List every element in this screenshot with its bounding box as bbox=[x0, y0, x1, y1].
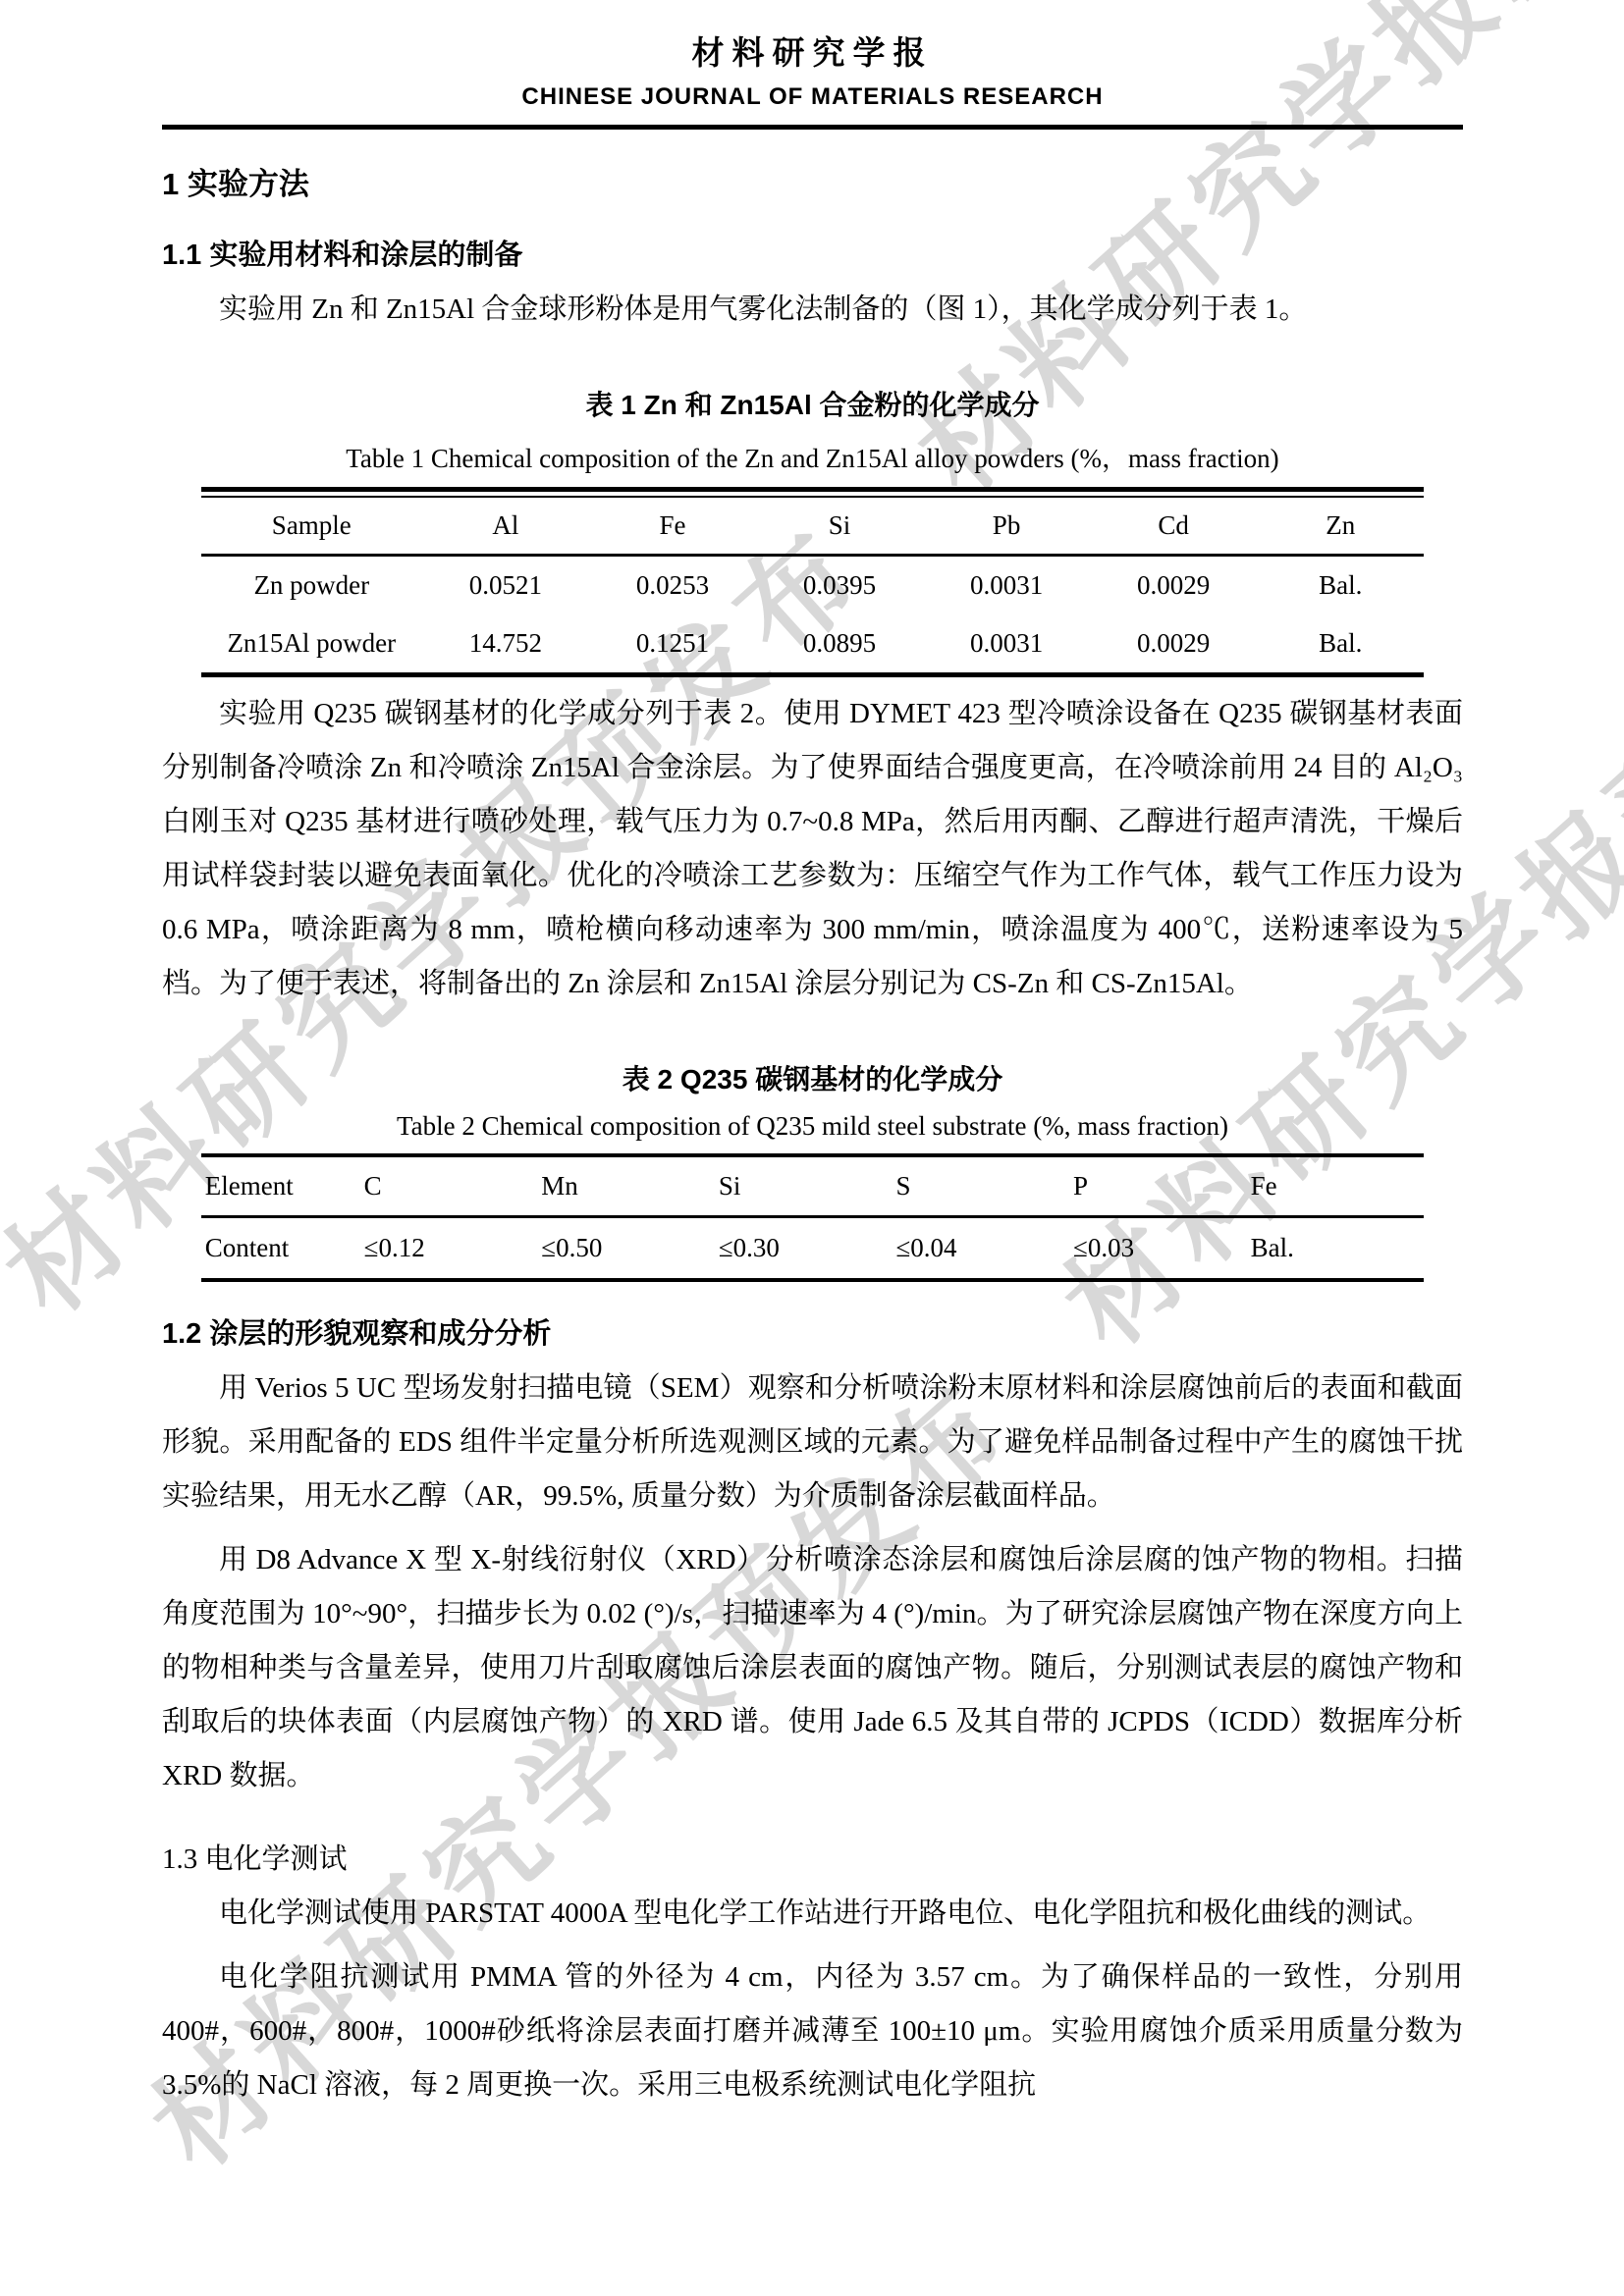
table1-header-cd: Cd bbox=[1090, 497, 1257, 556]
table-cell: ≤0.03 bbox=[1069, 1217, 1247, 1281]
table-cell: Bal. bbox=[1257, 614, 1424, 675]
page-content: 材料研究学报 CHINESE JOURNAL OF MATERIALS RESE… bbox=[0, 0, 1624, 2112]
table2-header-s: S bbox=[892, 1155, 1069, 1217]
table2-caption-english: Table 2 Chemical composition of Q235 mil… bbox=[162, 1111, 1463, 1142]
paragraph-electrochemical-station: 电化学测试使用 PARSTAT 4000A 型电化学工作站进行开路电位、电化学阻… bbox=[162, 1887, 1463, 1941]
header-rule bbox=[162, 125, 1463, 130]
table1-header-si: Si bbox=[756, 497, 923, 556]
table-cell: 0.0895 bbox=[756, 614, 923, 675]
table2-substrate-composition: Element C Mn Si S P Fe Content ≤0.12 ≤0.… bbox=[201, 1153, 1425, 1282]
paragraph-eis-setup: 电化学阻抗测试用 PMMA 管的外径为 4 cm，内径为 3.57 cm。为了确… bbox=[162, 1950, 1463, 2112]
table1-header-al: Al bbox=[422, 497, 589, 556]
table-cell: ≤0.12 bbox=[360, 1217, 538, 1281]
table-cell: 0.0029 bbox=[1090, 614, 1257, 675]
table-cell: 0.0031 bbox=[923, 614, 1090, 675]
table-cell: Zn15Al powder bbox=[201, 614, 422, 675]
table-cell: 0.1251 bbox=[589, 614, 756, 675]
table2-header-element: Element bbox=[201, 1155, 360, 1217]
table-cell: ≤0.04 bbox=[892, 1217, 1069, 1281]
table1-wrapper: Sample Al Fe Si Pb Cd Zn Zn powder 0.052… bbox=[201, 487, 1425, 677]
table2-header-fe: Fe bbox=[1247, 1155, 1425, 1217]
table-cell: 0.0029 bbox=[1090, 556, 1257, 615]
paragraph-sem-eds: 用 Verios 5 UC 型场发射扫描电镜（SEM）观察和分析喷涂粉末原材料和… bbox=[162, 1362, 1463, 1523]
section-heading-1-2: 1.2 涂层的形貌观察和成分分析 bbox=[162, 1311, 1463, 1352]
table1-row-zn-powder: Zn powder 0.0521 0.0253 0.0395 0.0031 0.… bbox=[201, 556, 1425, 615]
table1-row-zn15al-powder: Zn15Al powder 14.752 0.1251 0.0895 0.003… bbox=[201, 614, 1425, 675]
table2-header-c: C bbox=[360, 1155, 538, 1217]
table2-header-si: Si bbox=[715, 1155, 893, 1217]
table1-header-zn: Zn bbox=[1257, 497, 1424, 556]
paragraph-powder-preparation: 实验用 Zn 和 Zn15Al 合金球形粉体是用气雾化法制备的（图 1），其化学… bbox=[162, 283, 1463, 337]
document-page: 材料研究学报预发布 材料研究学报预发布 材料研究学报预发布 材料研究学报预发布 … bbox=[0, 0, 1624, 2296]
table-cell: ≤0.30 bbox=[715, 1217, 893, 1281]
table-cell: 0.0253 bbox=[589, 556, 756, 615]
table2-header-mn: Mn bbox=[537, 1155, 715, 1217]
table-cell: Bal. bbox=[1257, 556, 1424, 615]
table2-header-row: Element C Mn Si S P Fe bbox=[201, 1155, 1425, 1217]
paragraph-cold-spray-process: 实验用 Q235 碳钢基材的化学成分列于表 2。使用 DYMET 423 型冷喷… bbox=[162, 687, 1463, 1011]
section-heading-1-1: 1.1 实验用材料和涂层的制备 bbox=[162, 233, 1463, 273]
table-cell: 0.0031 bbox=[923, 556, 1090, 615]
table-cell: 14.752 bbox=[422, 614, 589, 675]
table2-header-p: P bbox=[1069, 1155, 1247, 1217]
journal-title-chinese: 材料研究学报 bbox=[162, 27, 1463, 74]
table1-header-sample: Sample bbox=[201, 497, 422, 556]
table2-caption-chinese: 表 2 Q235 碳钢基材的化学成分 bbox=[162, 1058, 1463, 1097]
table-cell: 0.0521 bbox=[422, 556, 589, 615]
table-cell: Bal. bbox=[1247, 1217, 1425, 1281]
table1-header-fe: Fe bbox=[589, 497, 756, 556]
section-heading-1-3: 1.3 电化学测试 bbox=[162, 1837, 1463, 1877]
table1-header-row: Sample Al Fe Si Pb Cd Zn bbox=[201, 497, 1425, 556]
table1-header-pb: Pb bbox=[923, 497, 1090, 556]
journal-title-english: CHINESE JOURNAL OF MATERIALS RESEARCH bbox=[162, 83, 1463, 111]
table-cell: Zn powder bbox=[201, 556, 422, 615]
section-heading-1: 1 实验方法 bbox=[162, 159, 1463, 203]
table2-row-content: Content ≤0.12 ≤0.50 ≤0.30 ≤0.04 ≤0.03 Ba… bbox=[201, 1217, 1425, 1281]
table1-caption-chinese: 表 1 Zn 和 Zn15Al 合金粉的化学成分 bbox=[162, 384, 1463, 423]
table1-caption-english: Table 1 Chemical composition of the Zn a… bbox=[162, 437, 1463, 475]
table-cell: ≤0.50 bbox=[537, 1217, 715, 1281]
table-cell: Content bbox=[201, 1217, 360, 1281]
paragraph-xrd: 用 D8 Advance X 型 X-射线衍射仪（XRD）分析喷涂态涂层和腐蚀后… bbox=[162, 1533, 1463, 1803]
table-cell: 0.0395 bbox=[756, 556, 923, 615]
table1-alloy-powder-composition: Sample Al Fe Si Pb Cd Zn Zn powder 0.052… bbox=[201, 496, 1425, 677]
